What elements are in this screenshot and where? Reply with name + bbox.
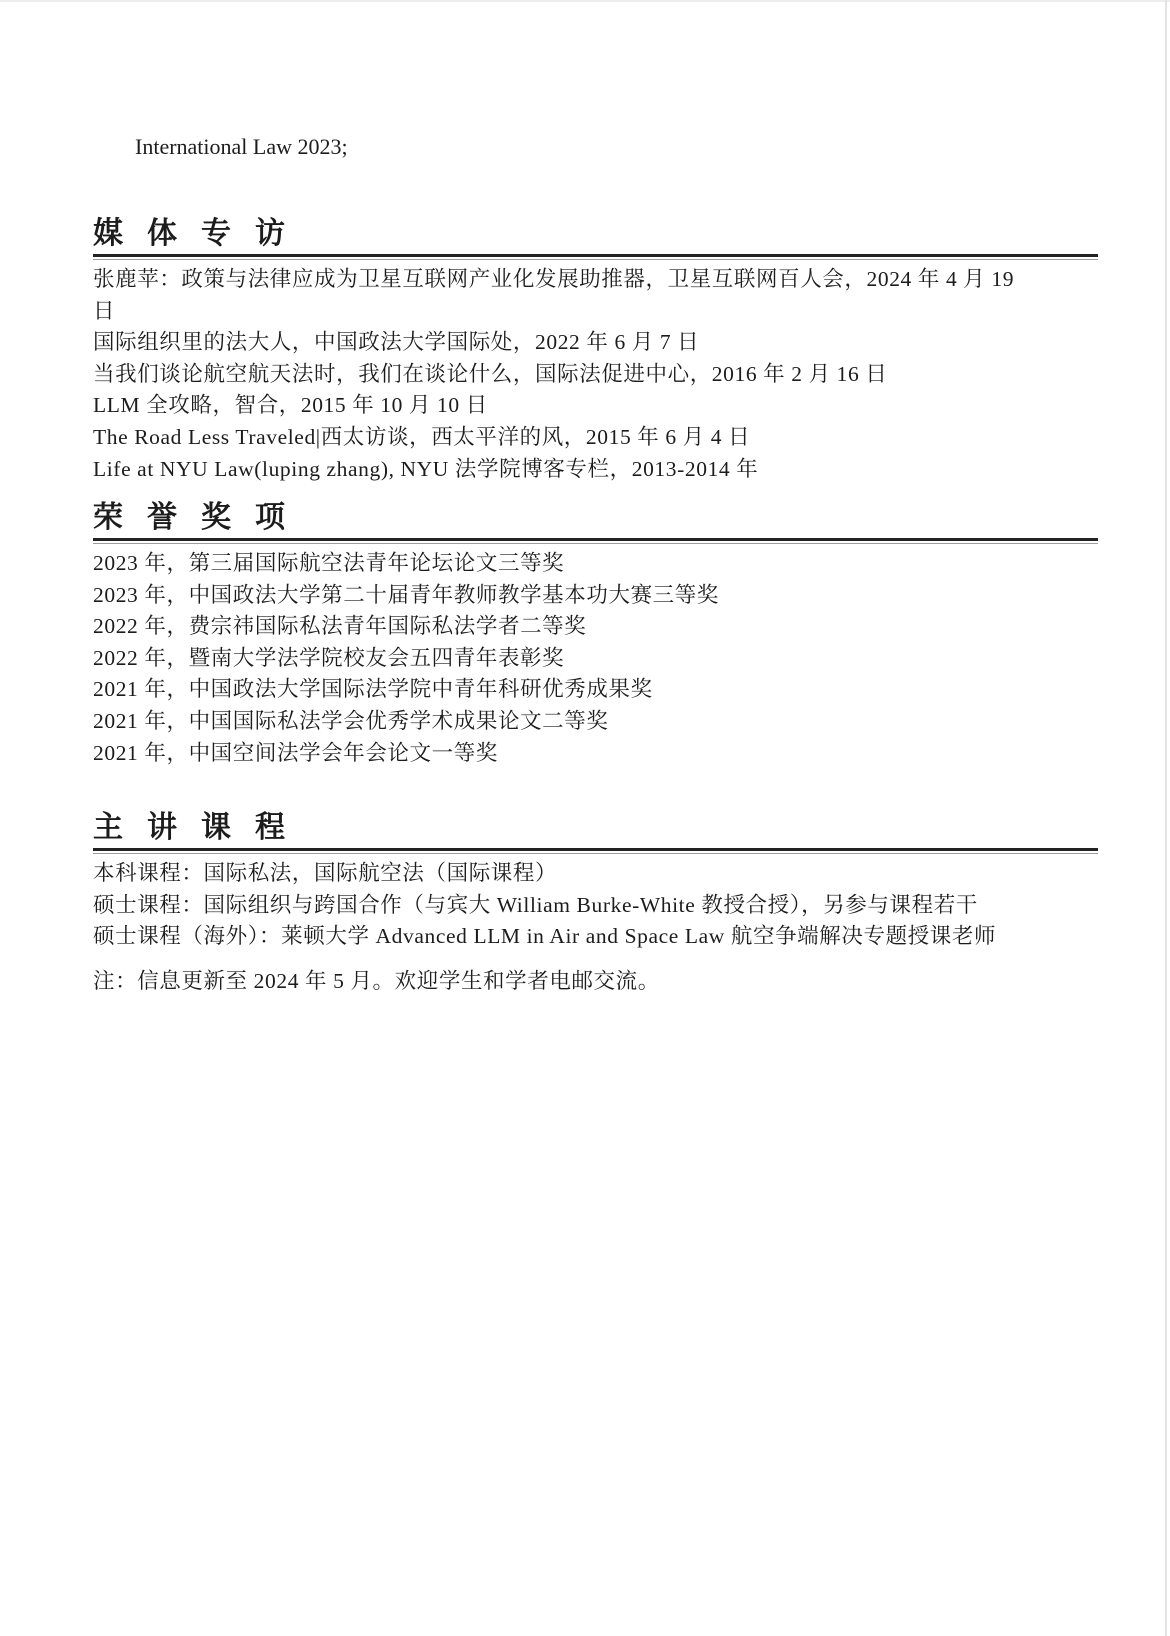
media-item: LLM 全攻略，智合，2015 年 10 月 10 日 — [93, 390, 1098, 422]
section-rule — [93, 254, 1098, 260]
media-item: 张鹿苹：政策与法律应成为卫星互联网产业化发展助推器，卫星互联网百人会，2024 … — [93, 264, 1098, 296]
section-title-media: 媒体专访 — [93, 214, 1098, 254]
section-rule — [93, 538, 1098, 544]
award-item: 2023 年，中国政法大学第二十届青年教师教学基本功大赛三等奖 — [93, 580, 1098, 612]
media-item: Life at NYU Law(luping zhang), NYU 法学院博客… — [93, 454, 1098, 486]
award-item: 2023 年，第三届国际航空法青年论坛论文三等奖 — [93, 548, 1098, 580]
courses-list: 本科课程：国际私法，国际航空法（国际课程） 硕士课程：国际组织与跨国合作（与宾大… — [93, 858, 1098, 953]
awards-list: 2023 年，第三届国际航空法青年论坛论文三等奖 2023 年，中国政法大学第二… — [93, 548, 1098, 769]
page-edge-top — [0, 0, 1170, 2]
section-courses-taught: 主讲课程 本科课程：国际私法，国际航空法（国际课程） 硕士课程：国际组织与跨国合… — [93, 808, 1098, 953]
media-list: 张鹿苹：政策与法律应成为卫星互联网产业化发展助推器，卫星互联网百人会，2024 … — [93, 264, 1098, 485]
intro-line: International Law 2023; — [135, 131, 348, 163]
course-item: 本科课程：国际私法，国际航空法（国际课程） — [93, 858, 1098, 890]
section-media-interviews: 媒体专访 张鹿苹：政策与法律应成为卫星互联网产业化发展助推器，卫星互联网百人会，… — [93, 214, 1098, 485]
course-item: 硕士课程：国际组织与跨国合作（与宾大 William Burke-White 教… — [93, 890, 1098, 922]
section-title-courses: 主讲课程 — [93, 808, 1098, 848]
update-note: 注：信息更新至 2024 年 5 月。欢迎学生和学者电邮交流。 — [93, 966, 660, 998]
media-item: The Road Less Traveled|西太访谈，西太平洋的风，2015 … — [93, 422, 1098, 454]
award-item: 2021 年，中国空间法学会年会论文一等奖 — [93, 738, 1098, 770]
section-honors-awards: 荣誉奖项 2023 年，第三届国际航空法青年论坛论文三等奖 2023 年，中国政… — [93, 498, 1098, 769]
award-item: 2022 年，费宗祎国际私法青年国际私法学者二等奖 — [93, 611, 1098, 643]
award-item: 2022 年，暨南大学法学院校友会五四青年表彰奖 — [93, 643, 1098, 675]
media-item: 国际组织里的法大人，中国政法大学国际处，2022 年 6 月 7 日 — [93, 327, 1098, 359]
award-item: 2021 年，中国政法大学国际法学院中青年科研优秀成果奖 — [93, 674, 1098, 706]
media-item: 当我们谈论航空航天法时，我们在谈论什么，国际法促进中心，2016 年 2 月 1… — [93, 359, 1098, 391]
course-item: 硕士课程（海外）：莱顿大学 Advanced LLM in Air and Sp… — [93, 921, 1098, 953]
page-edge-right — [1165, 0, 1167, 1636]
section-rule — [93, 848, 1098, 854]
media-item-wrap: 日 — [93, 296, 1098, 328]
section-title-honors: 荣誉奖项 — [93, 498, 1098, 538]
award-item: 2021 年，中国国际私法学会优秀学术成果论文二等奖 — [93, 706, 1098, 738]
